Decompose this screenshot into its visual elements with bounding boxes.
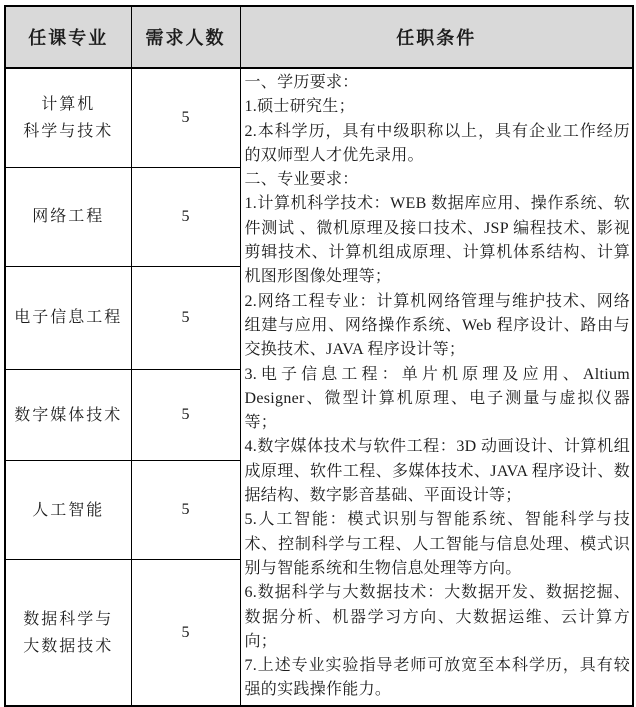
major-cell: 数字媒体技术 bbox=[5, 369, 131, 460]
major-cell: 网络工程 bbox=[5, 167, 131, 266]
count-cell: 5 bbox=[131, 68, 240, 167]
major-cell: 人工智能 bbox=[5, 461, 131, 560]
count-cell: 5 bbox=[131, 461, 240, 560]
requirement-paragraph: 6.数据科学与大数据技术：大数据开发、数据挖掘、数据分析、机器学习方向、大数据运… bbox=[245, 581, 631, 654]
count-cell: 5 bbox=[131, 560, 240, 706]
requirement-paragraph: 二、专业要求： bbox=[245, 168, 631, 192]
major-cell: 计算机 科学与技术 bbox=[5, 68, 131, 167]
requirement-paragraph: 2.本科学历，具有中级职称以上，具有企业工作经历的双师型人才优先录用。 bbox=[245, 120, 631, 169]
requirement-paragraph: 1.硕士研究生； bbox=[245, 95, 631, 119]
requirement-paragraph: 一、学历要求： bbox=[245, 71, 631, 95]
count-cell: 5 bbox=[131, 167, 240, 266]
table-row: 计算机 科学与技术 5 一、学历要求： 1.硕士研究生； 2.本科学历，具有中级… bbox=[5, 68, 633, 167]
requirements-cell: 一、学历要求： 1.硕士研究生； 2.本科学历，具有中级职称以上，具有企业工作经… bbox=[240, 68, 633, 706]
job-requirements-table: 任课专业 需求人数 任职条件 计算机 科学与技术 5 一、学历要求： 1.硕士研… bbox=[4, 5, 634, 707]
requirement-paragraph: 5.人工智能：模式识别与智能系统、智能科学与技术、控制科学与工程、人工智能与信息… bbox=[245, 508, 631, 581]
column-header-requirements: 任职条件 bbox=[240, 6, 633, 68]
requirement-paragraph: 3.电子信息工程：单片机原理及应用、Altium Designer、微型计算机原… bbox=[245, 363, 631, 436]
major-cell: 电子信息工程 bbox=[5, 266, 131, 369]
column-header-major: 任课专业 bbox=[5, 6, 131, 68]
count-cell: 5 bbox=[131, 369, 240, 460]
requirement-paragraph: 4.数字媒体技术与软件工程：3D 动画设计、计算机组成原理、软件工程、多媒体技术… bbox=[245, 435, 631, 508]
requirement-paragraph: 7.上述专业实验指导老师可放宽至本科学历，具有较强的实践操作能力。 bbox=[245, 654, 631, 703]
column-header-count: 需求人数 bbox=[131, 6, 240, 68]
header-row: 任课专业 需求人数 任职条件 bbox=[5, 6, 633, 68]
major-cell: 数据科学与 大数据技术 bbox=[5, 560, 131, 706]
requirement-paragraph: 2.网络工程专业：计算机网络管理与维护技术、网络组建与应用、网络操作系统、Web… bbox=[245, 290, 631, 363]
requirement-paragraph: 1.计算机科学技术：WEB 数据库应用、操作系统、软件测试 、微机原理及接口技术… bbox=[245, 192, 631, 289]
count-cell: 5 bbox=[131, 266, 240, 369]
